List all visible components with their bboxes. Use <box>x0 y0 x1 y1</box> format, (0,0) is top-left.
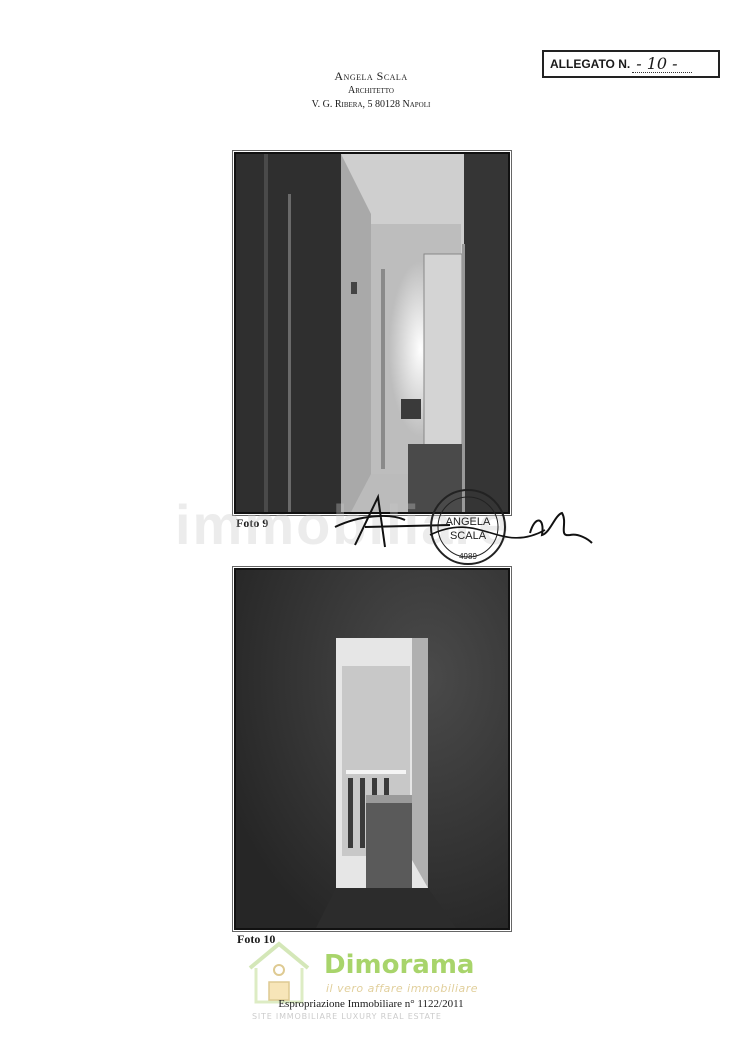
photo-9 <box>234 152 510 514</box>
svg-text:SCALA: SCALA <box>450 530 487 542</box>
dimorama-brand: Dimorama <box>324 950 474 980</box>
attachment-label: ALLEGATO N. <box>550 57 630 71</box>
doorway-photo-icon <box>236 570 508 928</box>
dimorama-tagline: il vero affare immobiliare <box>326 982 478 995</box>
photo-10 <box>234 568 510 930</box>
architect-address: V. G. Ribera, 5 80128 Napoli <box>0 98 742 112</box>
photo-10-caption: Foto 10 <box>237 932 275 947</box>
attachment-number: - 10 - <box>632 56 691 73</box>
svg-text:ANGELA: ANGELA <box>446 516 491 528</box>
architect-title: Architetto <box>0 84 742 98</box>
photo-9-caption: Foto 9 <box>236 516 268 531</box>
case-reference: Espropriazione Immobiliare n° 1122/2011 <box>0 998 742 1010</box>
dimorama-small-text: SITE IMMOBILIARE LUXURY REAL ESTATE <box>252 1012 442 1021</box>
svg-text:4989: 4989 <box>459 552 477 561</box>
attachment-box: ALLEGATO N. - 10 - <box>542 50 720 78</box>
corridor-photo-icon <box>236 154 508 512</box>
